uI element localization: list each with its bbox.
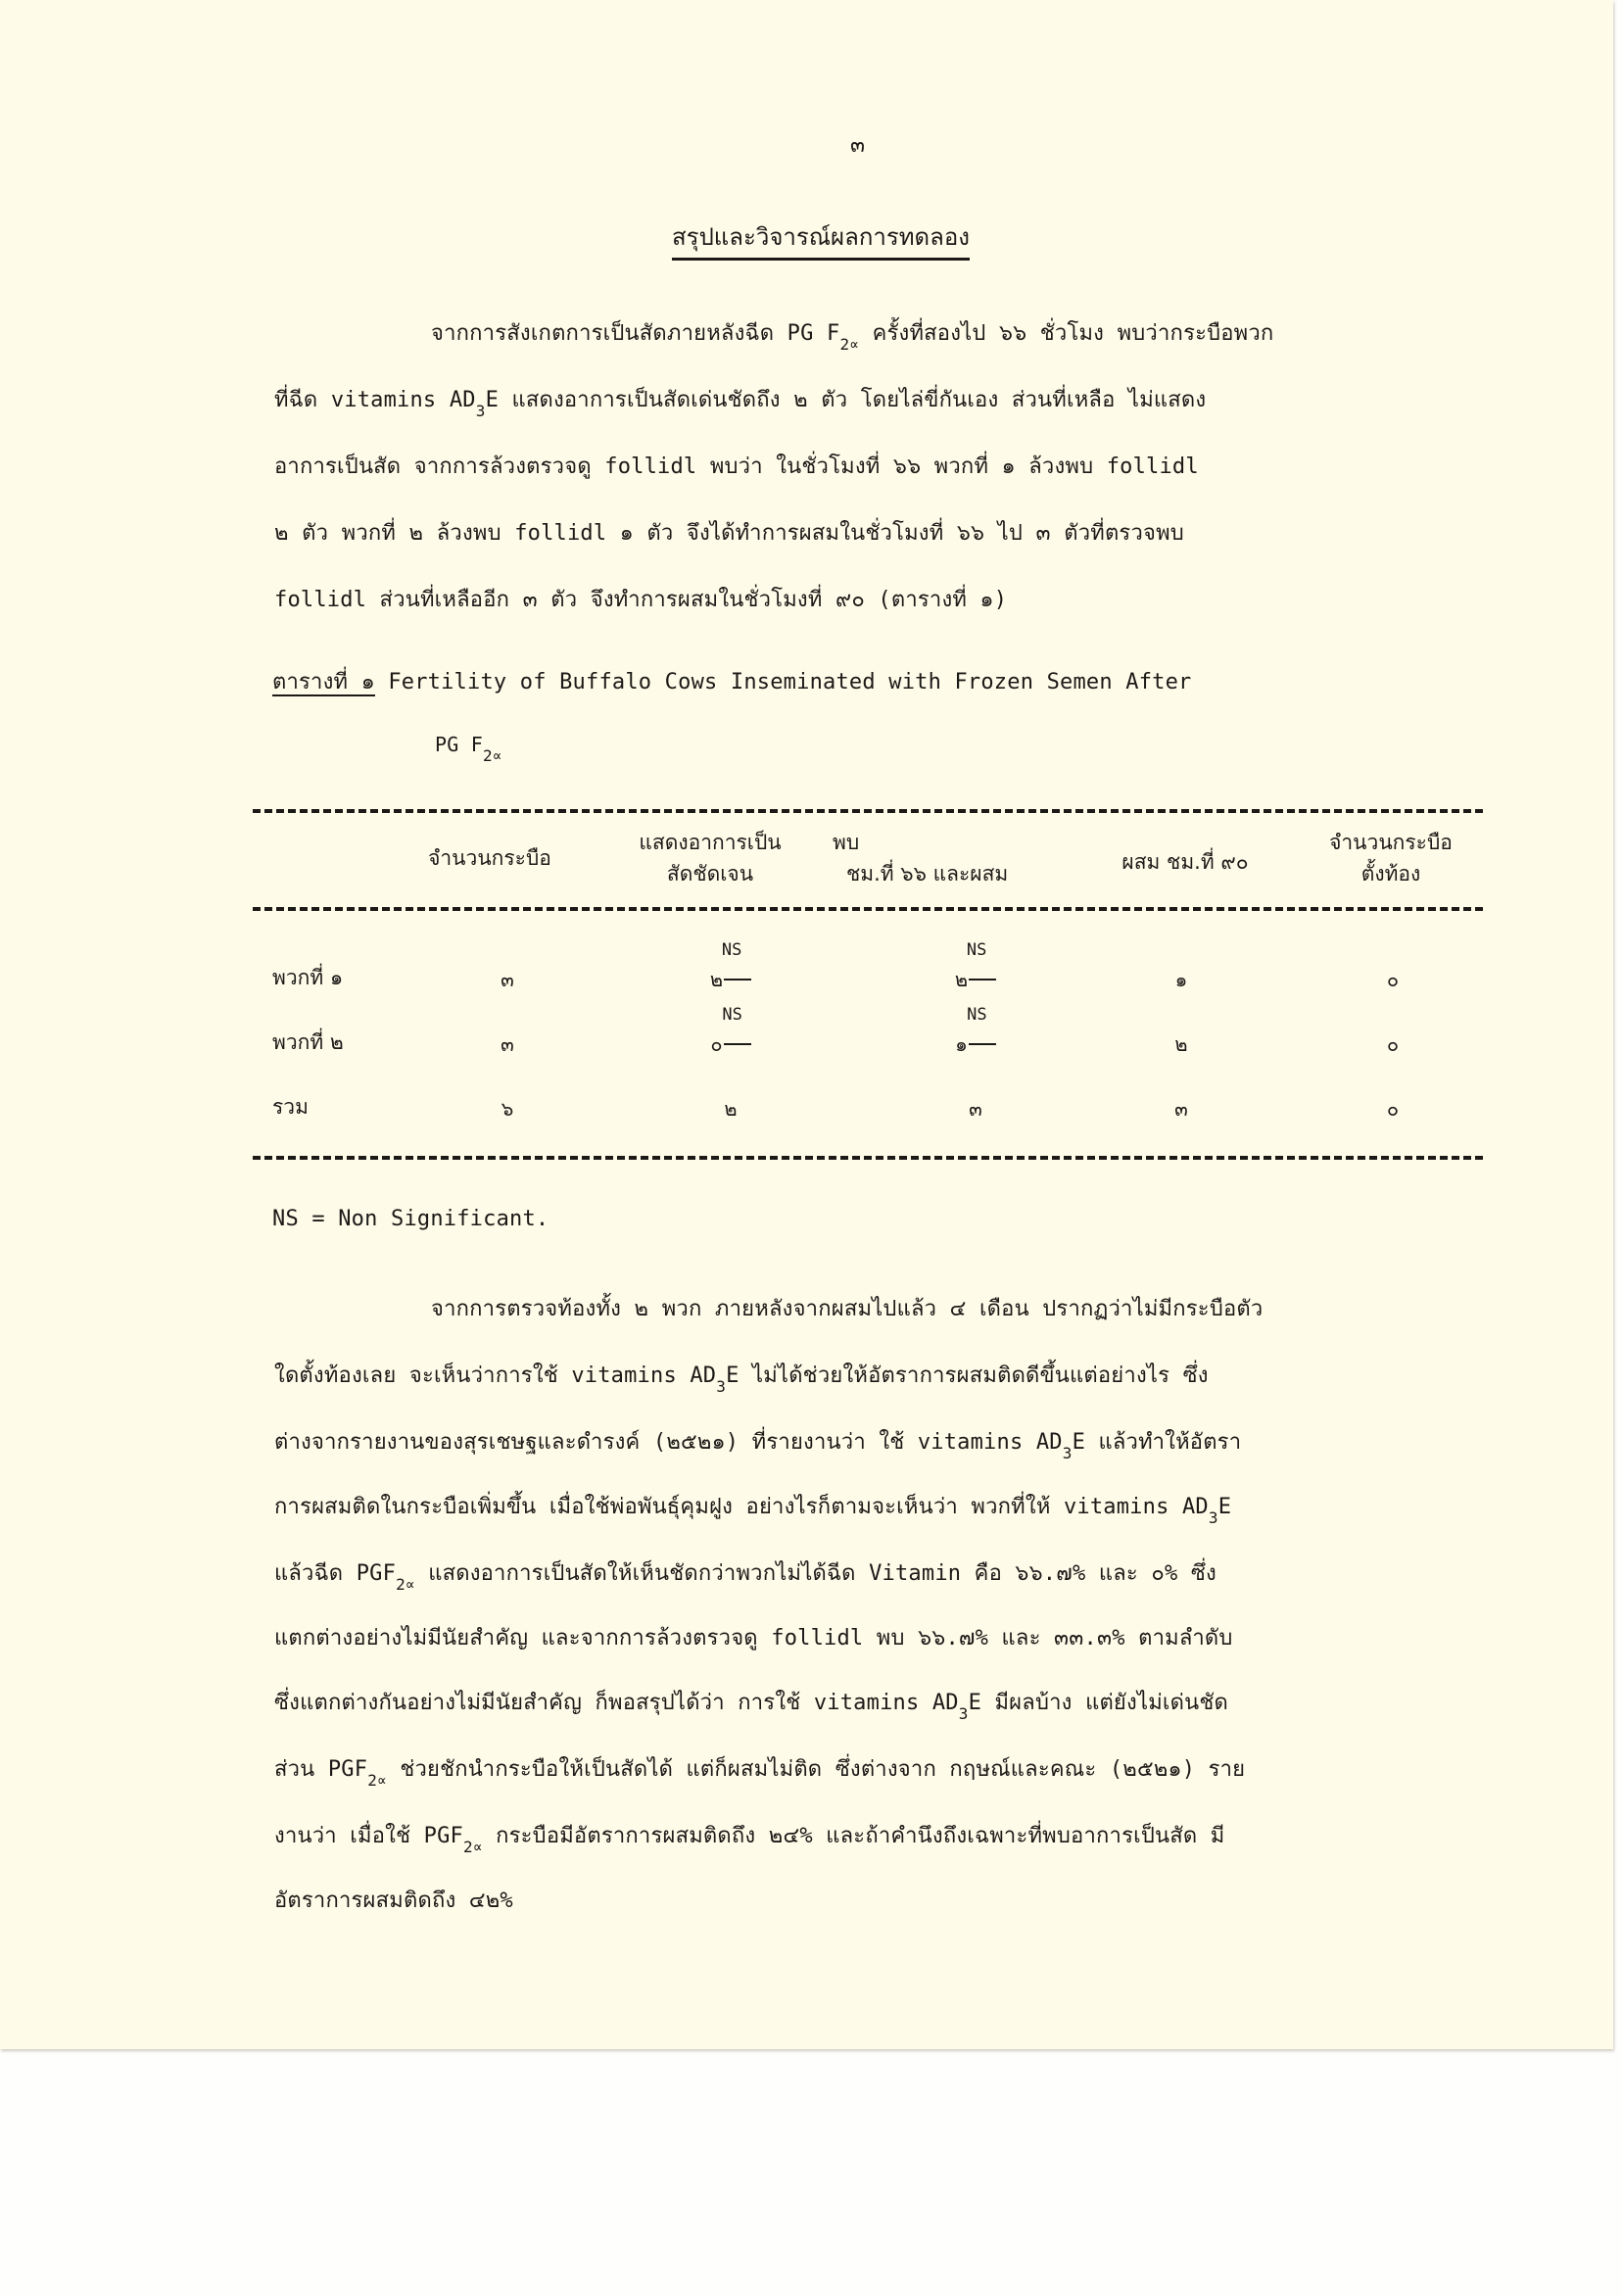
table-cell: ๓: [449, 964, 566, 995]
table-cell: ๒NS: [917, 964, 1034, 995]
paragraph-line: ส่วน PGF2∝ ช่วยชักนำกระบือให้เป็นสัดได้ …: [274, 1751, 1245, 1790]
table-row-label: พวกที่ ๒: [272, 1027, 344, 1059]
table-cell: ๐: [1334, 964, 1452, 995]
table-cell: ๒NS: [672, 964, 789, 995]
table-cell: ๖: [449, 1093, 566, 1124]
paragraph-line: แตกต่างอย่างไม่มีนัยสำคัญ และจากการล้วงต…: [274, 1620, 1233, 1654]
table-top-rule: [253, 809, 1483, 813]
table-header-rule: [253, 907, 1483, 911]
table-caption-label: ตารางที่ ๑: [272, 670, 375, 696]
table-caption-line2: PG F2∝: [435, 733, 502, 765]
table-cell: ๓: [1122, 1093, 1240, 1124]
paper-sheet: [0, 0, 1613, 2049]
table-header: แสดงอาการเป็น สัดชัดเจน: [597, 827, 823, 889]
section-title: สรุปและวิจารณ์ผลการทดลอง: [0, 217, 1622, 261]
table-caption-text: Fertility of Buffalo Cows Inseminated wi…: [388, 670, 1191, 694]
paragraph-line: ๒ ตัว พวกที่ ๒ ล้วงพบ follidl ๑ ตัว จึงไ…: [274, 515, 1184, 550]
table-row-label: รวม: [272, 1091, 309, 1124]
table-header: พบ ชม.ที่ ๖๖ และผสม: [833, 827, 1087, 889]
table-header: จำนวนกระบือ: [402, 842, 578, 874]
table-header: ผสม ชม.ที่ ๙๐: [1087, 846, 1283, 878]
paragraph-line: follidl ส่วนที่เหลืออีก ๓ ตัว จึงทำการผส…: [274, 582, 1007, 616]
paragraph-line: ต่างจากรายงานของสุรเชษฐและดำรงค์ (๒๕๒๑) …: [274, 1424, 1241, 1462]
significance-underline: [724, 1043, 751, 1045]
paragraph-line: จากการตรวจท้องทั้ง ๒ พวก ภายหลังจากผสมไป…: [431, 1291, 1263, 1325]
table-footnote: NS = Non Significant.: [272, 1207, 549, 1231]
table-caption: ตารางที่ ๑ Fertility of Buffalo Cows Ins…: [272, 664, 1191, 698]
paragraph-line: อาการเป็นสัด จากการล้วงตรวจดู follidl พบ…: [274, 449, 1199, 483]
paragraph-line: ใดตั้งท้องเลย จะเห็นว่าการใช้ vitamins A…: [274, 1358, 1209, 1396]
table-cell: ๑: [1122, 964, 1240, 995]
table-row-label: พวกที่ ๑: [272, 962, 343, 994]
page-number: ๓: [850, 127, 865, 162]
table-cell: ๑NS: [917, 1028, 1034, 1060]
paragraph-line: แล้วฉีด PGF2∝ แสดงอาการเป็นสัดให้เห็นชัด…: [274, 1555, 1216, 1594]
significance-mark: NS: [722, 1005, 741, 1025]
significance-underline: [724, 979, 751, 981]
significance-underline: [969, 979, 996, 981]
paragraph-line: ซึ่งแตกต่างกันอย่างไม่มีนัยสำคัญ ก็พอสรุ…: [274, 1685, 1228, 1723]
significance-mark: NS: [722, 940, 741, 960]
table-cell: ๐: [1334, 1093, 1452, 1124]
paragraph-line: การผสมติดในกระบือเพิ่มขึ้น เมื่อใช้พ่อพั…: [274, 1489, 1231, 1527]
table-cell: ๓: [449, 1028, 566, 1060]
paragraph-line: จากการสังเกตการเป็นสัดภายหลังฉีด PG F2∝ …: [431, 315, 1273, 354]
significance-mark: NS: [967, 1005, 986, 1025]
section-title-text: สรุปและวิจารณ์ผลการทดลอง: [672, 217, 970, 261]
paragraph-line: อัตราการผสมติดถึง ๔๒%: [274, 1883, 513, 1917]
table-bottom-rule: [253, 1156, 1483, 1160]
table-cell: ๒: [1122, 1028, 1240, 1060]
paragraph-line: งานว่า เมื่อใช้ PGF2∝ กระบือมีอัตราการผส…: [274, 1818, 1225, 1856]
table-cell: ๐: [1334, 1028, 1452, 1060]
significance-mark: NS: [967, 940, 986, 960]
table-cell: ๐NS: [672, 1028, 789, 1060]
paragraph-line: ที่ฉีด vitamins AD3E แสดงอาการเป็นสัดเด่…: [274, 382, 1206, 420]
table-cell: ๒: [672, 1093, 789, 1124]
table-cell: ๓: [917, 1093, 1034, 1124]
significance-underline: [969, 1043, 996, 1045]
table-header: จำนวนกระบือ ตั้งท้อง: [1293, 827, 1489, 889]
